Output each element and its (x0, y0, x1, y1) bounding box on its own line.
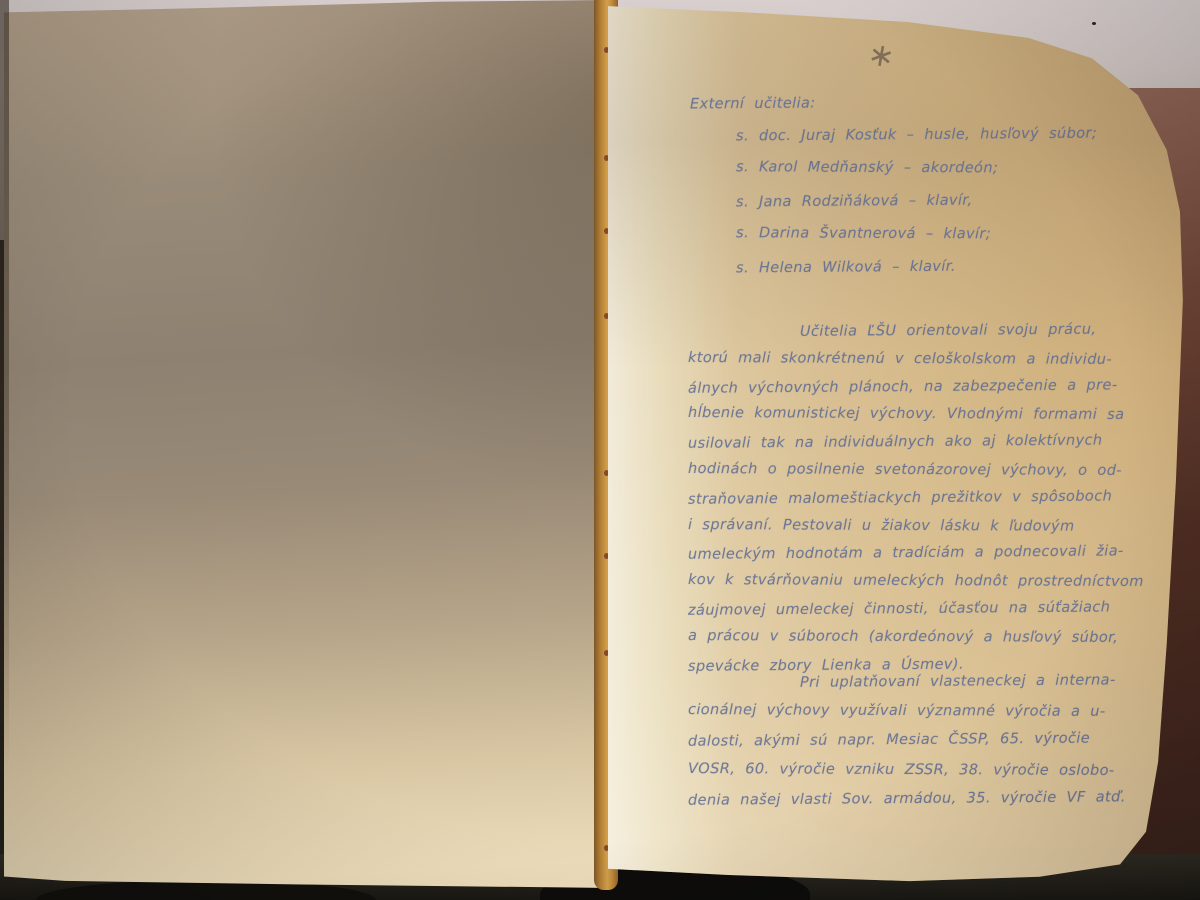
handwriting-line: i správaní. Pestovali u žiakov lásku k ľ… (688, 512, 1144, 542)
handwriting-line: usilovali tak na individuálnych ako aj k… (688, 427, 1144, 458)
left-page-edge (0, 0, 9, 880)
teacher-line: s. Jana Rodziňáková – klavír, (736, 184, 1097, 220)
handwriting-line: záujmovej umeleckej činnosti, účasťou na… (688, 594, 1144, 625)
teachers-list: s. doc. Juraj Kosťuk – husle, husľový sú… (736, 119, 1097, 284)
handwriting-line: straňovanie malomeštiackych prežitkov v … (688, 483, 1144, 514)
handwriting-line: VOSR, 60. výročie vzniku ZSSR, 38. výroč… (688, 755, 1126, 786)
handwriting-line: kov k stvárňovaniu umeleckých hodnôt pro… (688, 567, 1144, 597)
handwriting-line: dalosti, akými sú napr. Mesiac ČSSP, 65.… (688, 725, 1126, 758)
open-book-photo: ∗ Externí učitelia: s. doc. Juraj Kosťuk… (0, 0, 1200, 900)
handwriting-line: Učitelia ĽŠU orientovali svoju prácu, (688, 316, 1144, 347)
handwriting-line: Pri uplatňovaní vlasteneckej a interna- (688, 666, 1126, 699)
teacher-line: s. Helena Wilková – klavír. (736, 250, 1097, 286)
teacher-line: s. Karol Medňanský – akordeón; (736, 151, 1097, 186)
handwriting-line: cionálnej výchovy využívali významné výr… (688, 696, 1126, 727)
dust-speck (1092, 22, 1096, 25)
teacher-line: s. doc. Juraj Kosťuk – husle, husľový sú… (736, 118, 1097, 154)
handwritten-content: ∗ Externí učitelia: s. doc. Juraj Kosťuk… (608, 0, 1184, 882)
handwriting-line: umeleckým hodnotám a tradíciám a podneco… (688, 539, 1144, 570)
paragraph-1: Učitelia ĽŠU orientovali svoju prácu, kt… (688, 318, 1144, 679)
handwriting-line: ktorú mali skonkrétnenú v celoškolskom a… (688, 345, 1144, 375)
asterisk-mark: ∗ (865, 34, 898, 76)
handwriting-line: álnych výchovných plánoch, na zabezpečen… (688, 372, 1144, 403)
teacher-line: s. Darina Švantnerová – klavír; (736, 217, 1097, 252)
handwriting-line: hĺbenie komunistickej výchovy. Vhodnými … (688, 400, 1144, 430)
external-teachers-heading: Externí učitelia: (690, 96, 816, 113)
paragraph-2: Pri uplatňovaní vlasteneckej a interna- … (688, 668, 1126, 814)
left-page-blank (4, 0, 612, 888)
handwriting-line: hodinách o posilnenie svetonázorovej výc… (688, 456, 1144, 486)
handwriting-line: a prácou v súboroch (akordeónový a husľo… (688, 623, 1144, 653)
handwriting-line: denia našej vlasti Sov. armádou, 35. výr… (688, 783, 1126, 816)
